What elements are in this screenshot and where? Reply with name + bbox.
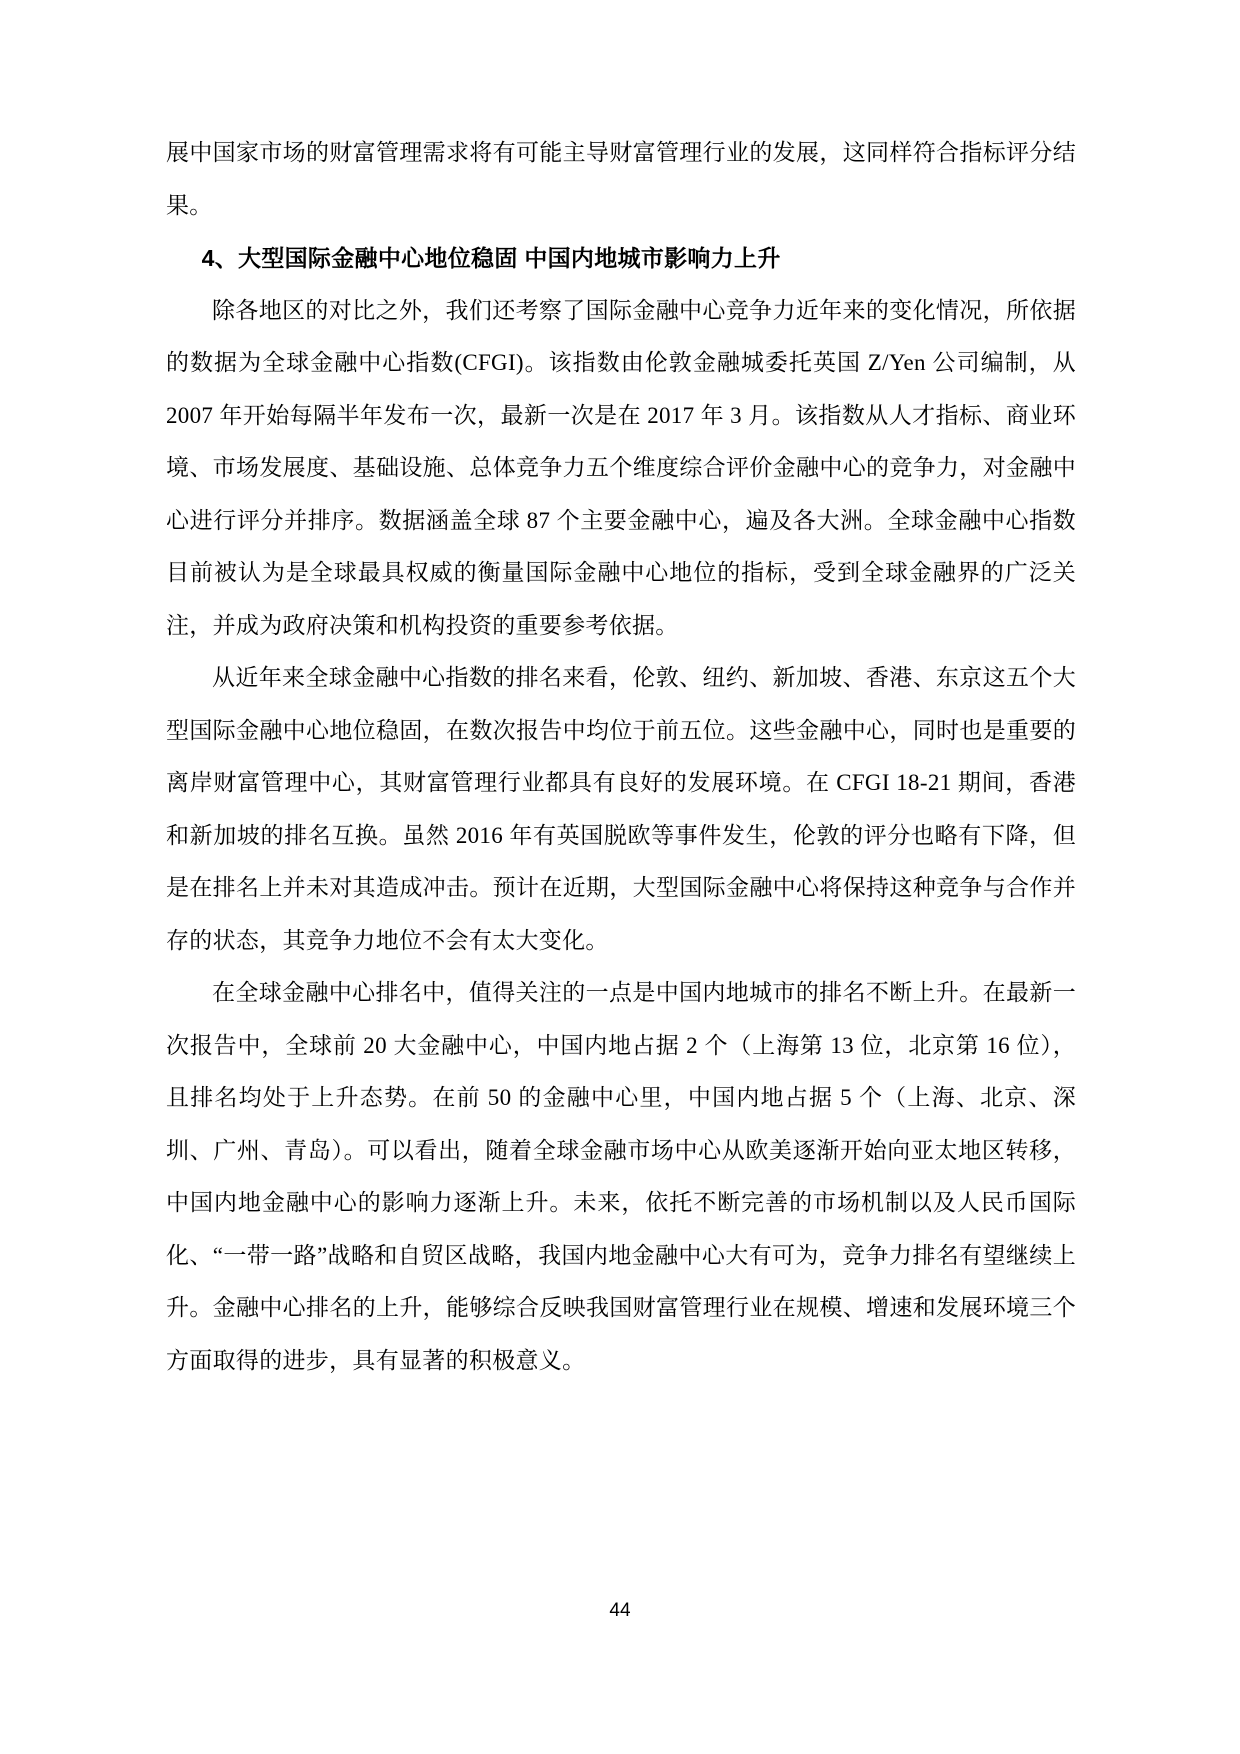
section-heading: 4、大型国际金融中心地位稳固 中国内地城市影响力上升 <box>166 232 1076 285</box>
paragraph-china-cities: 在全球金融中心排名中，值得关注的一点是中国内地城市的排名不断上升。在最新一次报告… <box>166 967 1076 1387</box>
paragraph-top-centers: 从近年来全球金融中心指数的排名来看，伦敦、纽约、新加坡、香港、东京这五个大型国际… <box>166 652 1076 967</box>
paragraph-cfgi-intro: 除各地区的对比之外，我们还考察了国际金融中心竞争力近年来的变化情况，所依据的数据… <box>166 285 1076 653</box>
document-page: 展中国家市场的财富管理需求将有可能主导财富管理行业的发展，这同样符合指标评分结果… <box>0 0 1240 1754</box>
page-number: 44 <box>0 1597 1240 1625</box>
text-block: 展中国家市场的财富管理需求将有可能主导财富管理行业的发展，这同样符合指标评分结果… <box>166 127 1076 1387</box>
paragraph-continuation: 展中国家市场的财富管理需求将有可能主导财富管理行业的发展，这同样符合指标评分结果… <box>166 127 1076 232</box>
